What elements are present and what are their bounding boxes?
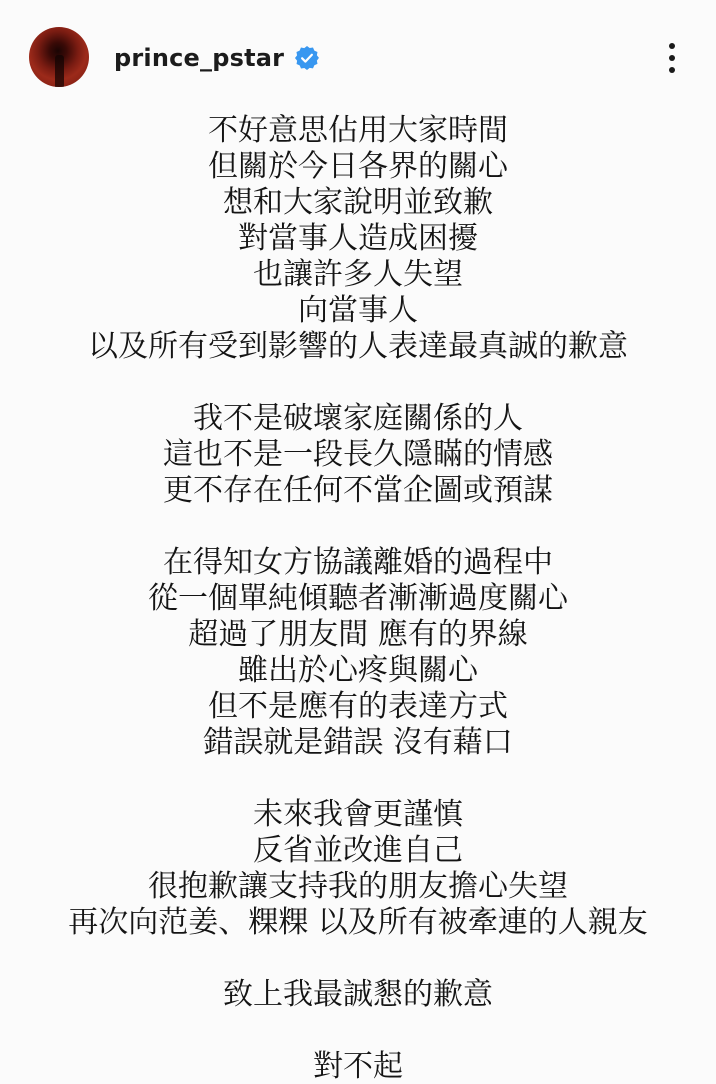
username-link[interactable]: prince_pstar [114,44,284,72]
stanza-sincere-apology: 致上我最誠懇的歉意 [0,977,716,1013]
caption-line: 雖出於心疼與關心 [0,653,716,689]
caption-line: 但關於今日各界的關心 [0,149,716,185]
stanza-sorry: 對不起 [0,1049,716,1084]
caption-line: 再次向范姜、粿粿 以及所有被牽連的人親友 [0,905,716,941]
caption-line: 反省並改進自己 [0,833,716,869]
stanza-spacer [0,1013,716,1049]
verified-badge-icon [294,45,320,71]
stanza-spacer [0,365,716,401]
caption-line: 從一個單純傾聽者漸漸過度關心 [0,581,716,617]
post-header: prince_pstar [0,0,716,110]
caption-line: 以及所有受到影響的人表達最真誠的歉意 [0,329,716,365]
stanza-clarification: 我不是破壞家庭關係的人 這也不是一段長久隱瞞的情感 更不存在任何不當企圖或預謀 [0,401,716,509]
caption-line: 超過了朋友間 應有的界線 [0,617,716,653]
caption-line: 但不是應有的表達方式 [0,689,716,725]
vertical-ellipsis-icon [669,43,675,49]
ellipsis-dot [669,55,675,61]
stanza-spacer [0,509,716,545]
avatar[interactable] [29,27,89,87]
caption-line: 致上我最誠懇的歉意 [0,977,716,1013]
stanza-future: 未來我會更謹慎 反省並改進自己 很抱歉讓支持我的朋友擔心失望 再次向范姜、粿粿 … [0,797,716,941]
caption-line: 不好意思佔用大家時間 [0,113,716,149]
caption-line: 很抱歉讓支持我的朋友擔心失望 [0,869,716,905]
caption-line: 更不存在任何不當企圖或預謀 [0,473,716,509]
caption-line: 對當事人造成困擾 [0,221,716,257]
caption-line: 我不是破壞家庭關係的人 [0,401,716,437]
stanza-explanation: 在得知女方協議離婚的過程中 從一個單純傾聽者漸漸過度關心 超過了朋友間 應有的界… [0,545,716,761]
stanza-spacer [0,941,716,977]
username-block: prince_pstar [114,40,320,76]
ellipsis-dot [669,67,675,73]
stanza-spacer [0,761,716,797]
caption-line: 在得知女方協議離婚的過程中 [0,545,716,581]
caption-line: 也讓許多人失望 [0,257,716,293]
more-options-button[interactable] [660,38,684,78]
post-caption: 不好意思佔用大家時間 但關於今日各界的關心 想和大家說明並致歉 對當事人造成困擾… [0,113,716,1084]
caption-line: 這也不是一段長久隱瞞的情感 [0,437,716,473]
caption-line: 向當事人 [0,293,716,329]
stanza-apology-intro: 不好意思佔用大家時間 但關於今日各界的關心 想和大家說明並致歉 對當事人造成困擾… [0,113,716,365]
caption-line: 未來我會更謹慎 [0,797,716,833]
caption-line: 錯誤就是錯誤 沒有藉口 [0,725,716,761]
caption-line: 對不起 [0,1049,716,1084]
caption-line: 想和大家說明並致歉 [0,185,716,221]
